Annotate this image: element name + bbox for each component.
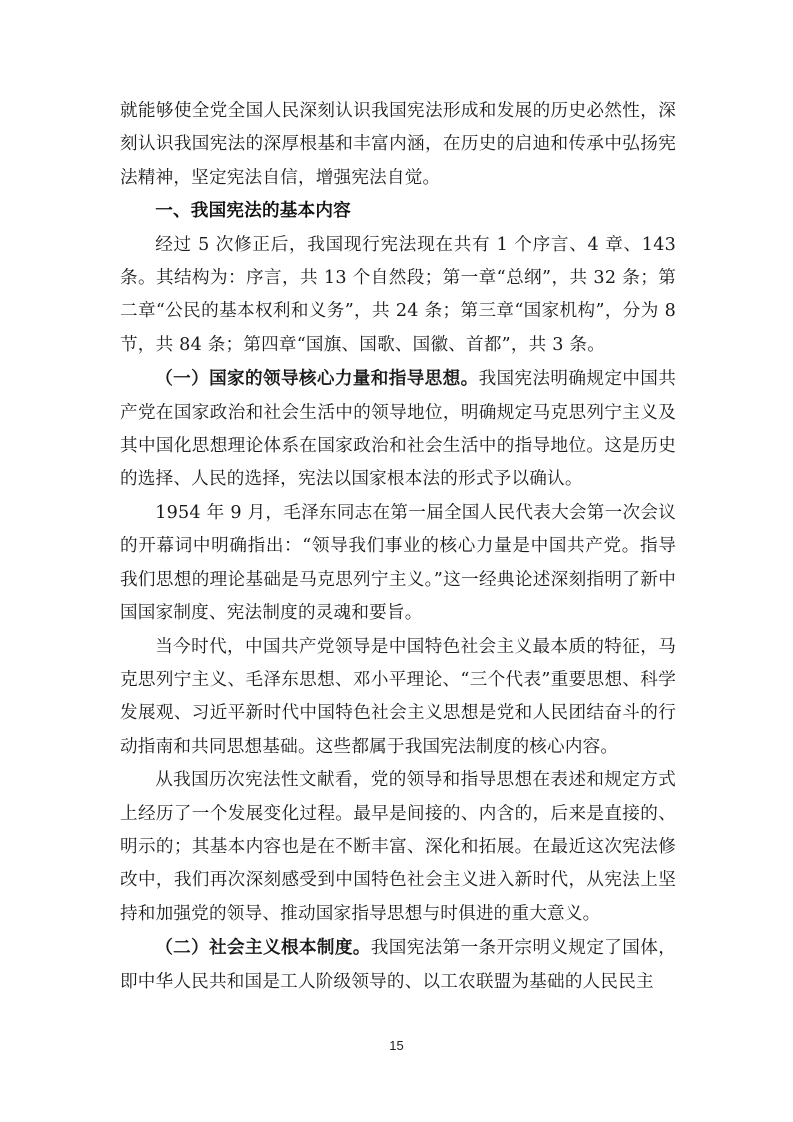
paragraph-text: 经过 5 次修正后，我国现行宪法现在共有 1 个序言、4 章、143 条。其结构… — [120, 235, 676, 355]
section-heading: 一、我国宪法的基本内容 — [120, 195, 676, 228]
page-number: 15 — [0, 1038, 793, 1053]
document-page: 就能够使全党全国人民深刻认识我国宪法形成和发展的历史必然性，深刻认识我国宪法的深… — [0, 0, 793, 1122]
page-body: 就能够使全党全国人民深刻认识我国宪法形成和发展的历史必然性，深刻认识我国宪法的深… — [120, 95, 676, 999]
paragraph-leadership: （一）国家的领导核心力量和指导思想。我国宪法明确规定中国共产党在国家政治和社会生… — [120, 362, 676, 497]
paragraph-history: 从我国历次宪法性文献看，党的领导和指导思想在表述和规定方式上经历了一个发展变化过… — [120, 764, 676, 931]
subsection-lead: （一）国家的领导核心力量和指导思想。 — [155, 368, 478, 389]
paragraph-contemporary: 当今时代，中国共产党领导是中国特色社会主义最本质的特征，马克思列宁主义、毛泽东思… — [120, 631, 676, 765]
paragraph-text: 1954 年 9 月，毛泽东同志在第一届全国人民代表大会第一次会议的开幕词中明确… — [120, 503, 676, 623]
paragraph-socialist-system: （二）社会主义根本制度。我国宪法第一条开宗明义规定了国体，即中华人民共和国是工人… — [120, 931, 676, 999]
paragraph-text: 就能够使全党全国人民深刻认识我国宪法形成和发展的历史必然性，深刻认识我国宪法的深… — [120, 101, 676, 188]
paragraph-continuation: 就能够使全党全国人民深刻认识我国宪法形成和发展的历史必然性，深刻认识我国宪法的深… — [120, 95, 676, 195]
paragraph-text: 当今时代，中国共产党领导是中国特色社会主义最本质的特征，马克思列宁主义、毛泽东思… — [120, 637, 676, 757]
paragraph-structure: 经过 5 次修正后，我国现行宪法现在共有 1 个序言、4 章、143 条。其结构… — [120, 229, 676, 363]
paragraph-text: 从我国历次宪法性文献看，党的领导和指导思想在表述和规定方式上经历了一个发展变化过… — [120, 770, 676, 924]
subsection-lead: （二）社会主义根本制度。 — [155, 937, 371, 958]
paragraph-1954: 1954 年 9 月，毛泽东同志在第一届全国人民代表大会第一次会议的开幕词中明确… — [120, 497, 676, 631]
